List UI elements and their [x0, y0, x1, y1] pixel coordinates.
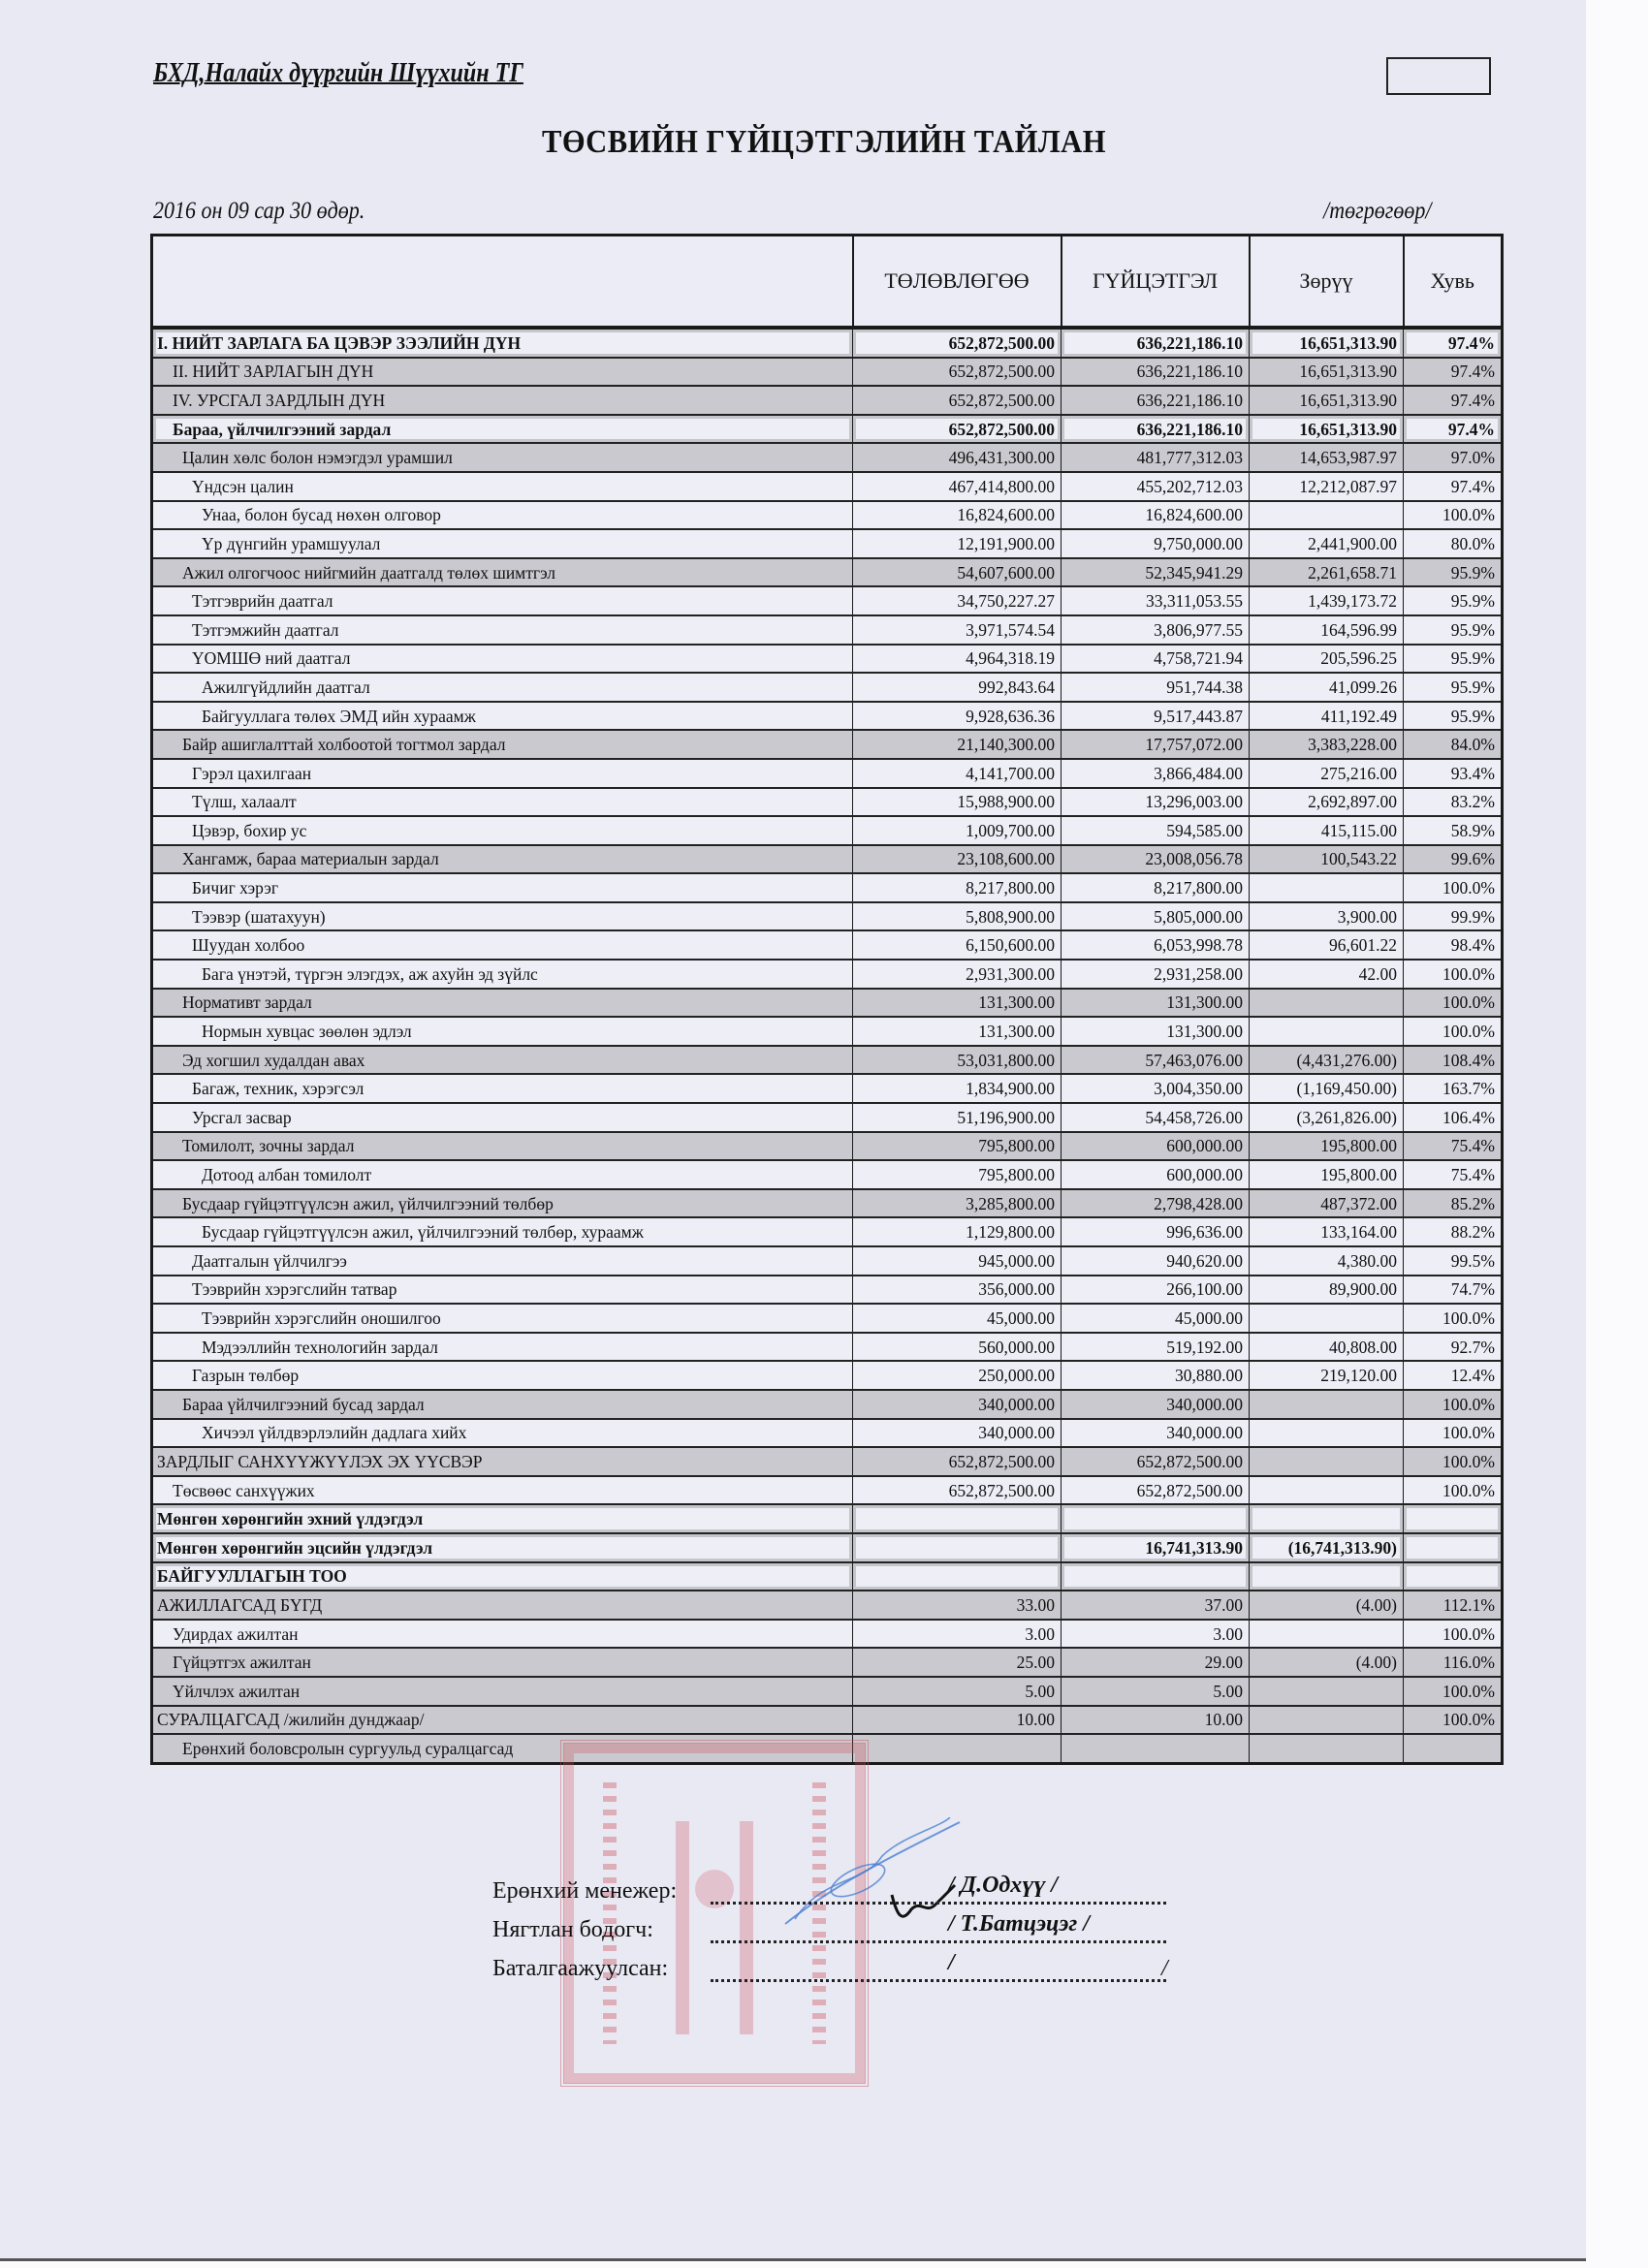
plan-value: 23,108,600.00: [853, 845, 1062, 874]
table-row: Газрын төлбөр250,000.0030,880.00219,120.…: [152, 1361, 1503, 1390]
row-label: Тээврийн хэрэгслийн оношилгоо: [152, 1304, 853, 1333]
difference-value: 411,192.49: [1250, 702, 1404, 731]
table-row: Байр ашиглалттай холбоотой тогтмол зарда…: [152, 730, 1503, 759]
percent-value: [1404, 1562, 1503, 1591]
actual-value: 5,805,000.00: [1062, 902, 1250, 931]
actual-value: 3,866,484.00: [1062, 759, 1250, 788]
table-row: ЗАРДЛЫГ САНХҮҮЖҮҮЛЭХ ЭХ ҮҮСВЭР652,872,50…: [152, 1447, 1503, 1476]
percent-value: 112.1%: [1404, 1591, 1503, 1620]
row-label: Гүйцэтгэх ажилтан: [152, 1648, 853, 1677]
table-row: Гүйцэтгэх ажилтан25.0029.00(4.00)116.0%: [152, 1648, 1503, 1677]
table-header-row: ТӨЛӨВЛӨГӨӨ ГҮЙЦЭТГЭЛ Зөрүү Хувь: [152, 236, 1503, 329]
percent-value: 100.0%: [1404, 1620, 1503, 1649]
table-row: Бага үнэтэй, түргэн элэгдэх, аж ахуйн эд…: [152, 960, 1503, 989]
row-label: Эд хогшил худалдан авах: [152, 1046, 853, 1075]
difference-value: 3,900.00: [1250, 902, 1404, 931]
difference-value: 41,099.26: [1250, 673, 1404, 702]
row-label: Газрын төлбөр: [152, 1361, 853, 1390]
percent-value: 95.9%: [1404, 645, 1503, 674]
table-row: Үр дүнгийн урамшуулал12,191,900.009,750,…: [152, 529, 1503, 558]
actual-value: 636,221,186.10: [1062, 386, 1250, 415]
table-row: Бусдаар гүйцэтгүүлсэн ажил, үйлчилгээний…: [152, 1189, 1503, 1218]
actual-value: 636,221,186.10: [1062, 328, 1250, 358]
table-row: СУРАЛЦАГСАД /жилийн дунджаар/10.0010.001…: [152, 1706, 1503, 1735]
row-label: Унаа, болон бусад нөхөн олговор: [152, 501, 853, 530]
table-row: Бараа үйлчилгээний бусад зардал340,000.0…: [152, 1390, 1503, 1419]
plan-value: 652,872,500.00: [853, 358, 1062, 387]
actual-value: 9,750,000.00: [1062, 529, 1250, 558]
row-label: Үйлчлэх ажилтан: [152, 1677, 853, 1706]
table-row: Тэтгэмжийн даатгал3,971,574.543,806,977.…: [152, 615, 1503, 645]
row-label: Нормативт зардал: [152, 989, 853, 1018]
percent-value: 99.5%: [1404, 1246, 1503, 1276]
actual-value: 9,517,443.87: [1062, 702, 1250, 731]
difference-value: (4.00): [1250, 1648, 1404, 1677]
table-row: Түлш, халаалт15,988,900.0013,296,003.002…: [152, 788, 1503, 817]
signature-role: Баталгаажуулсан:: [492, 1956, 668, 1982]
percent-value: 80.0%: [1404, 529, 1503, 558]
percent-value: 95.9%: [1404, 558, 1503, 587]
row-label: II. НИЙТ ЗАРЛАГЫН ДҮН: [152, 358, 853, 387]
plan-value: 131,300.00: [853, 989, 1062, 1018]
actual-value: 4,758,721.94: [1062, 645, 1250, 674]
row-label: Мөнгөн хөрөнгийн эхний үлдэгдэл: [152, 1504, 853, 1533]
plan-value: 795,800.00: [853, 1160, 1062, 1189]
plan-value: 16,824,600.00: [853, 501, 1062, 530]
plan-value: 53,031,800.00: [853, 1046, 1062, 1075]
actual-value: 33,311,053.55: [1062, 586, 1250, 615]
actual-value: 5.00: [1062, 1677, 1250, 1706]
percent-value: 12.4%: [1404, 1361, 1503, 1390]
row-label: Мөнгөн хөрөнгийн эцсийн үлдэгдэл: [152, 1533, 853, 1562]
difference-value: 42.00: [1250, 960, 1404, 989]
row-label: I. НИЙТ ЗАРЛАГА БА ЦЭВЭР ЗЭЭЛИЙН ДҮН: [152, 328, 853, 358]
table-row: Ажилгүйдлийн даатгал992,843.64951,744.38…: [152, 673, 1503, 702]
table-row: Ажил олгогчоос нийгмийн даатгалд төлөх ш…: [152, 558, 1503, 587]
plan-value: 1,129,800.00: [853, 1217, 1062, 1246]
difference-value: 16,651,313.90: [1250, 328, 1404, 358]
table-row: Даатгалын үйлчилгээ945,000.00940,620.004…: [152, 1246, 1503, 1276]
table-row: Нормативт зардал131,300.00131,300.00100.…: [152, 989, 1503, 1018]
percent-value: 97.0%: [1404, 443, 1503, 472]
plan-value: 992,843.64: [853, 673, 1062, 702]
difference-value: 16,651,313.90: [1250, 415, 1404, 444]
row-label: Ажил олгогчоос нийгмийн даатгалд төлөх ш…: [152, 558, 853, 587]
table-row: Томилолт, зочны зардал795,800.00600,000.…: [152, 1132, 1503, 1161]
difference-value: 2,441,900.00: [1250, 529, 1404, 558]
percent-value: 100.0%: [1404, 1447, 1503, 1476]
currency-unit: /төгрөгөөр/: [1323, 198, 1431, 225]
difference-value: [1250, 1734, 1404, 1763]
row-label: БАЙГУУЛЛАГЫН ТОО: [152, 1562, 853, 1591]
actual-value: 600,000.00: [1062, 1132, 1250, 1161]
actual-value: 37.00: [1062, 1591, 1250, 1620]
plan-value: 4,964,318.19: [853, 645, 1062, 674]
actual-value: 3,806,977.55: [1062, 615, 1250, 645]
row-label: Хангамж, бараа материалын зардал: [152, 845, 853, 874]
difference-value: [1250, 1677, 1404, 1706]
actual-value: 2,931,258.00: [1062, 960, 1250, 989]
plan-value: 3.00: [853, 1620, 1062, 1649]
row-label: АЖИЛЛАГСАД БҮГД: [152, 1591, 853, 1620]
actual-value: 57,463,076.00: [1062, 1046, 1250, 1075]
plan-value: 652,872,500.00: [853, 415, 1062, 444]
table-row: IV. УРСГАЛ ЗАРДЛЫН ДҮН652,872,500.00636,…: [152, 386, 1503, 415]
row-label: ЗАРДЛЫГ САНХҮҮЖҮҮЛЭХ ЭХ ҮҮСВЭР: [152, 1447, 853, 1476]
row-label: Даатгалын үйлчилгээ: [152, 1246, 853, 1276]
actual-value: 16,741,313.90: [1062, 1533, 1250, 1562]
signatory-name: / Д.Одхүү /: [948, 1873, 1058, 1899]
difference-value: 205,596.25: [1250, 645, 1404, 674]
difference-value: (4,431,276.00): [1250, 1046, 1404, 1075]
difference-value: 2,261,658.71: [1250, 558, 1404, 587]
difference-value: 12,212,087.97: [1250, 472, 1404, 501]
actual-value: 2,798,428.00: [1062, 1189, 1250, 1218]
actual-value: 29.00: [1062, 1648, 1250, 1677]
signature-line: [711, 1979, 1166, 1982]
table-row: Удирдах ажилтан3.003.00100.0%: [152, 1620, 1503, 1649]
difference-value: (1,169,450.00): [1250, 1074, 1404, 1103]
plan-value: 5.00: [853, 1677, 1062, 1706]
actual-value: 455,202,712.03: [1062, 472, 1250, 501]
actual-value: 45,000.00: [1062, 1304, 1250, 1333]
row-label: СУРАЛЦАГСАД /жилийн дунджаар/: [152, 1706, 853, 1735]
table-row: Үйлчлэх ажилтан5.005.00100.0%: [152, 1677, 1503, 1706]
percent-value: 100.0%: [1404, 1706, 1503, 1735]
signatory-name-end: /: [1161, 1956, 1168, 1982]
actual-value: 519,192.00: [1062, 1333, 1250, 1362]
row-label: ҮОМШӨ ний даатгал: [152, 645, 853, 674]
plan-value: 250,000.00: [853, 1361, 1062, 1390]
column-header-difference: Зөрүү: [1250, 236, 1404, 329]
plan-value: 496,431,300.00: [853, 443, 1062, 472]
table-body: I. НИЙТ ЗАРЛАГА БА ЦЭВЭР ЗЭЭЛИЙН ДҮН652,…: [152, 328, 1503, 1763]
actual-value: 30,880.00: [1062, 1361, 1250, 1390]
signatory-name: /: [948, 1950, 955, 1976]
difference-value: [1250, 1304, 1404, 1333]
table-row: Тээврийн хэрэгслийн татвар356,000.00266,…: [152, 1276, 1503, 1305]
table-row: Шуудан холбоо6,150,600.006,053,998.7896,…: [152, 930, 1503, 960]
row-label: Бараа үйлчилгээний бусад зардал: [152, 1390, 853, 1419]
plan-value: 6,150,600.00: [853, 930, 1062, 960]
plan-value: 652,872,500.00: [853, 328, 1062, 358]
signature-line: [711, 1902, 1166, 1905]
table-row: Багаж, техник, хэрэгсэл1,834,900.003,004…: [152, 1074, 1503, 1103]
row-label: Тээвэр (шатахуун): [152, 902, 853, 931]
plan-value: 25.00: [853, 1648, 1062, 1677]
difference-value: 415,115.00: [1250, 816, 1404, 845]
actual-value: 13,296,003.00: [1062, 788, 1250, 817]
percent-value: 99.9%: [1404, 902, 1503, 931]
signature-role: Ерөнхий менежер:: [492, 1878, 677, 1905]
percent-value: 83.2%: [1404, 788, 1503, 817]
row-label: Тээврийн хэрэгслийн татвар: [152, 1276, 853, 1305]
budget-execution-table: ТӨЛӨВЛӨГӨӨ ГҮЙЦЭТГЭЛ Зөрүү Хувь I. НИЙТ …: [150, 234, 1504, 1765]
difference-value: 195,800.00: [1250, 1160, 1404, 1189]
plan-value: 45,000.00: [853, 1304, 1062, 1333]
row-label: Дотоод албан томилолт: [152, 1160, 853, 1189]
plan-value: 131,300.00: [853, 1017, 1062, 1046]
difference-value: 96,601.22: [1250, 930, 1404, 960]
plan-value: 9,928,636.36: [853, 702, 1062, 731]
difference-value: [1250, 1504, 1404, 1533]
table-row: Бичиг хэрэг8,217,800.008,217,800.00100.0…: [152, 873, 1503, 902]
actual-value: 131,300.00: [1062, 1017, 1250, 1046]
actual-value: 52,345,941.29: [1062, 558, 1250, 587]
column-header-item: [152, 236, 853, 329]
percent-value: 100.0%: [1404, 501, 1503, 530]
difference-value: 1,439,173.72: [1250, 586, 1404, 615]
percent-value: 92.7%: [1404, 1333, 1503, 1362]
difference-value: 487,372.00: [1250, 1189, 1404, 1218]
difference-value: 3,383,228.00: [1250, 730, 1404, 759]
report-date: 2016 он 09 сар 30 өдөр.: [153, 198, 364, 225]
table-row: Тээврийн хэрэгслийн оношилгоо45,000.0045…: [152, 1304, 1503, 1333]
difference-value: 40,808.00: [1250, 1333, 1404, 1362]
difference-value: 219,120.00: [1250, 1361, 1404, 1390]
actual-value: 594,585.00: [1062, 816, 1250, 845]
table-row: Хангамж, бараа материалын зардал23,108,6…: [152, 845, 1503, 874]
percent-value: 58.9%: [1404, 816, 1503, 845]
difference-value: 4,380.00: [1250, 1246, 1404, 1276]
plan-value: 652,872,500.00: [853, 386, 1062, 415]
difference-value: [1250, 1620, 1404, 1649]
plan-value: 34,750,227.27: [853, 586, 1062, 615]
difference-value: [1250, 873, 1404, 902]
table-row: Бараа, үйлчилгээний зардал652,872,500.00…: [152, 415, 1503, 444]
difference-value: 195,800.00: [1250, 1132, 1404, 1161]
plan-value: 15,988,900.00: [853, 788, 1062, 817]
table-row: Мөнгөн хөрөнгийн эхний үлдэгдэл: [152, 1504, 1503, 1533]
actual-value: [1062, 1562, 1250, 1591]
percent-value: 97.4%: [1404, 386, 1503, 415]
percent-value: 100.0%: [1404, 1677, 1503, 1706]
form-code-box: [1386, 57, 1491, 95]
plan-value: 21,140,300.00: [853, 730, 1062, 759]
difference-value: 100,543.22: [1250, 845, 1404, 874]
difference-value: [1250, 1706, 1404, 1735]
difference-value: 2,692,897.00: [1250, 788, 1404, 817]
document-page: БХД,Налайх дүүргийн Шүүхийн ТГ ТӨСВИЙН Г…: [0, 0, 1586, 2261]
actual-value: 996,636.00: [1062, 1217, 1250, 1246]
row-label: Тэтгэврийн даатгал: [152, 586, 853, 615]
row-label: Нормын хувцас зөөлөн эдлэл: [152, 1017, 853, 1046]
plan-value: 51,196,900.00: [853, 1103, 1062, 1132]
percent-value: 75.4%: [1404, 1160, 1503, 1189]
actual-value: 17,757,072.00: [1062, 730, 1250, 759]
actual-value: 266,100.00: [1062, 1276, 1250, 1305]
percent-value: 74.7%: [1404, 1276, 1503, 1305]
percent-value: [1404, 1734, 1503, 1763]
actual-value: 16,824,600.00: [1062, 501, 1250, 530]
percent-value: 116.0%: [1404, 1648, 1503, 1677]
actual-value: 8,217,800.00: [1062, 873, 1250, 902]
percent-value: 95.9%: [1404, 586, 1503, 615]
plan-value: 3,285,800.00: [853, 1189, 1062, 1218]
actual-value: [1062, 1504, 1250, 1533]
plan-value: 467,414,800.00: [853, 472, 1062, 501]
actual-value: 131,300.00: [1062, 989, 1250, 1018]
actual-value: 636,221,186.10: [1062, 415, 1250, 444]
actual-value: 636,221,186.10: [1062, 358, 1250, 387]
signatory-name: / Т.Батцэцэг /: [948, 1911, 1090, 1937]
percent-value: 98.4%: [1404, 930, 1503, 960]
row-label: Мэдээллийн технологийн зардал: [152, 1333, 853, 1362]
plan-value: 8,217,800.00: [853, 873, 1062, 902]
difference-value: [1250, 1447, 1404, 1476]
row-label: Ажилгүйдлийн даатгал: [152, 673, 853, 702]
difference-value: (4.00): [1250, 1591, 1404, 1620]
percent-value: 100.0%: [1404, 989, 1503, 1018]
plan-value: 652,872,500.00: [853, 1447, 1062, 1476]
plan-value: 945,000.00: [853, 1246, 1062, 1276]
table-row: Унаа, болон бусад нөхөн олговор16,824,60…: [152, 501, 1503, 530]
row-label: Түлш, халаалт: [152, 788, 853, 817]
row-label: Багаж, техник, хэрэгсэл: [152, 1074, 853, 1103]
actual-value: 340,000.00: [1062, 1390, 1250, 1419]
plan-value: [853, 1562, 1062, 1591]
actual-value: [1062, 1734, 1250, 1763]
row-label: Төсвөөс санхүүжих: [152, 1476, 853, 1505]
plan-value: [853, 1533, 1062, 1562]
plan-value: 340,000.00: [853, 1419, 1062, 1448]
plan-value: 356,000.00: [853, 1276, 1062, 1305]
column-header-plan: ТӨЛӨВЛӨГӨӨ: [853, 236, 1062, 329]
percent-value: 93.4%: [1404, 759, 1503, 788]
stamp-script-left: [603, 1782, 617, 2044]
percent-value: 85.2%: [1404, 1189, 1503, 1218]
difference-value: 133,164.00: [1250, 1217, 1404, 1246]
difference-value: [1250, 1562, 1404, 1591]
difference-value: 16,651,313.90: [1250, 358, 1404, 387]
plan-value: 3,971,574.54: [853, 615, 1062, 645]
table-row: Цэвэр, бохир ус1,009,700.00594,585.00415…: [152, 816, 1503, 845]
actual-value: 600,000.00: [1062, 1160, 1250, 1189]
actual-value: 6,053,998.78: [1062, 930, 1250, 960]
row-label: IV. УРСГАЛ ЗАРДЛЫН ДҮН: [152, 386, 853, 415]
actual-value: 3.00: [1062, 1620, 1250, 1649]
column-header-actual: ГҮЙЦЭТГЭЛ: [1062, 236, 1250, 329]
plan-value: 560,000.00: [853, 1333, 1062, 1362]
row-label: Байгууллага төлөх ЭМД ийн хураамж: [152, 702, 853, 731]
percent-value: [1404, 1533, 1503, 1562]
actual-value: 481,777,312.03: [1062, 443, 1250, 472]
column-header-percent: Хувь: [1404, 236, 1503, 329]
difference-value: 16,651,313.90: [1250, 386, 1404, 415]
plan-value: 33.00: [853, 1591, 1062, 1620]
row-label: Тэтгэмжийн даатгал: [152, 615, 853, 645]
difference-value: [1250, 1476, 1404, 1505]
difference-value: 89,900.00: [1250, 1276, 1404, 1305]
soyombo-emblem-icon: [676, 1821, 753, 2034]
row-label: Үндсэн цалин: [152, 472, 853, 501]
actual-value: 940,620.00: [1062, 1246, 1250, 1276]
difference-value: [1250, 501, 1404, 530]
percent-value: 100.0%: [1404, 1017, 1503, 1046]
row-label: Урсгал засвар: [152, 1103, 853, 1132]
percent-value: 88.2%: [1404, 1217, 1503, 1246]
difference-value: 275,216.00: [1250, 759, 1404, 788]
row-label: Бусдаар гүйцэтгүүлсэн ажил, үйлчилгээний…: [152, 1217, 853, 1246]
percent-value: 100.0%: [1404, 1419, 1503, 1448]
percent-value: 100.0%: [1404, 1476, 1503, 1505]
plan-value: [853, 1734, 1062, 1763]
table-row: Гэрэл цахилгаан4,141,700.003,866,484.002…: [152, 759, 1503, 788]
plan-value: 1,009,700.00: [853, 816, 1062, 845]
table-row: Эд хогшил худалдан авах53,031,800.0057,4…: [152, 1046, 1503, 1075]
table-row: Тээвэр (шатахуун)5,808,900.005,805,000.0…: [152, 902, 1503, 931]
percent-value: 108.4%: [1404, 1046, 1503, 1075]
actual-value: 23,008,056.78: [1062, 845, 1250, 874]
percent-value: 100.0%: [1404, 960, 1503, 989]
plan-value: 5,808,900.00: [853, 902, 1062, 931]
plan-value: 652,872,500.00: [853, 1476, 1062, 1505]
table-row: БАЙГУУЛЛАГЫН ТОО: [152, 1562, 1503, 1591]
actual-value: 652,872,500.00: [1062, 1447, 1250, 1476]
table-row: Урсгал засвар51,196,900.0054,458,726.00(…: [152, 1103, 1503, 1132]
row-label: Байр ашиглалттай холбоотой тогтмол зарда…: [152, 730, 853, 759]
signature-line: [711, 1940, 1166, 1943]
table-row: Нормын хувцас зөөлөн эдлэл131,300.00131,…: [152, 1017, 1503, 1046]
table-row: Мэдээллийн технологийн зардал560,000.005…: [152, 1333, 1503, 1362]
table-row: Бусдаар гүйцэтгүүлсэн ажил, үйлчилгээний…: [152, 1217, 1503, 1246]
percent-value: [1404, 1504, 1503, 1533]
row-label: Үр дүнгийн урамшуулал: [152, 529, 853, 558]
difference-value: (16,741,313.90): [1250, 1533, 1404, 1562]
actual-value: 54,458,726.00: [1062, 1103, 1250, 1132]
table-row: Цалин хөлс болон нэмэгдэл урамшил496,431…: [152, 443, 1503, 472]
difference-value: [1250, 1017, 1404, 1046]
difference-value: [1250, 989, 1404, 1018]
percent-value: 75.4%: [1404, 1132, 1503, 1161]
plan-value: 795,800.00: [853, 1132, 1062, 1161]
plan-value: 2,931,300.00: [853, 960, 1062, 989]
row-label: Томилолт, зочны зардал: [152, 1132, 853, 1161]
percent-value: 100.0%: [1404, 873, 1503, 902]
row-label: Хичээл үйлдвэрлэлийн дадлага хийх: [152, 1419, 853, 1448]
plan-value: 4,141,700.00: [853, 759, 1062, 788]
table-row: Дотоод албан томилолт795,800.00600,000.0…: [152, 1160, 1503, 1189]
row-label: Шуудан холбоо: [152, 930, 853, 960]
percent-value: 95.9%: [1404, 673, 1503, 702]
row-label: Бичиг хэрэг: [152, 873, 853, 902]
actual-value: 10.00: [1062, 1706, 1250, 1735]
percent-value: 97.4%: [1404, 328, 1503, 358]
percent-value: 95.9%: [1404, 702, 1503, 731]
plan-value: 12,191,900.00: [853, 529, 1062, 558]
signature-mark-icon: [776, 1817, 969, 1934]
table-row: I. НИЙТ ЗАРЛАГА БА ЦЭВЭР ЗЭЭЛИЙН ДҮН652,…: [152, 328, 1503, 358]
difference-value: 164,596.99: [1250, 615, 1404, 645]
plan-value: [853, 1504, 1062, 1533]
table-row: Хичээл үйлдвэрлэлийн дадлага хийх340,000…: [152, 1419, 1503, 1448]
row-label: Бага үнэтэй, түргэн элэгдэх, аж ахуйн эд…: [152, 960, 853, 989]
plan-value: 54,607,600.00: [853, 558, 1062, 587]
percent-value: 100.0%: [1404, 1390, 1503, 1419]
table-row: Тэтгэврийн даатгал34,750,227.2733,311,05…: [152, 586, 1503, 615]
organization-name: БХД,Налайх дүүргийн Шүүхийн ТГ: [153, 58, 523, 89]
plan-value: 340,000.00: [853, 1390, 1062, 1419]
percent-value: 163.7%: [1404, 1074, 1503, 1103]
row-label: Удирдах ажилтан: [152, 1620, 853, 1649]
row-label: Гэрэл цахилгаан: [152, 759, 853, 788]
percent-value: 99.6%: [1404, 845, 1503, 874]
percent-value: 106.4%: [1404, 1103, 1503, 1132]
row-label: Цэвэр, бохир ус: [152, 816, 853, 845]
table-row: Мөнгөн хөрөнгийн эцсийн үлдэгдэл16,741,3…: [152, 1533, 1503, 1562]
table-row: ҮОМШӨ ний даатгал4,964,318.194,758,721.9…: [152, 645, 1503, 674]
actual-value: 340,000.00: [1062, 1419, 1250, 1448]
